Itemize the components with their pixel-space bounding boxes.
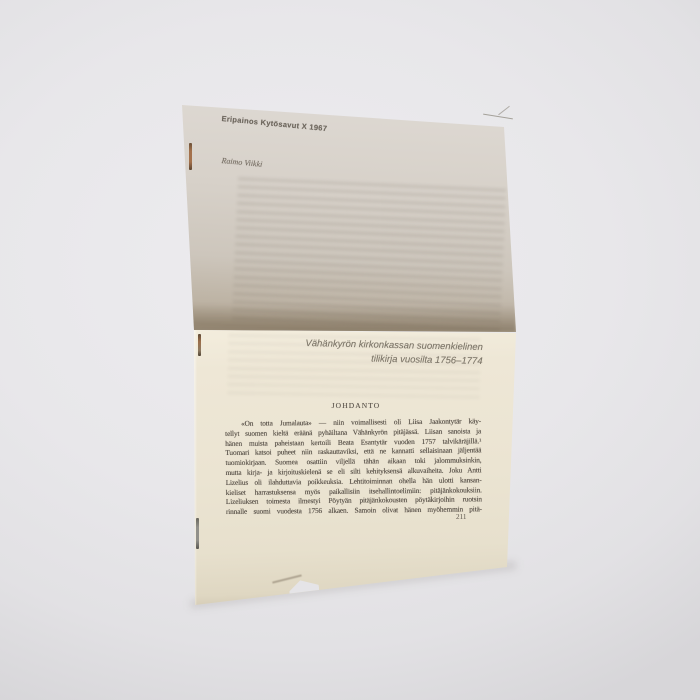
body-paragraph: «On totta Jumalauta» — niin voimallisest… — [225, 416, 482, 517]
booklet-front-page: Vähänkyrön kirkonkassan suomenkielinen t… — [194, 330, 516, 605]
staple — [196, 518, 199, 549]
body-line: rinnalle suomi vuodesta 1756 alkaen. Sam… — [226, 504, 482, 516]
page-number: 211 — [456, 513, 467, 521]
imprint-text: Eripainos Kytösavut X 1967 — [221, 114, 327, 133]
section-heading: JOHDANTO — [256, 401, 456, 410]
staple — [198, 334, 201, 356]
text-showthrough — [232, 177, 506, 333]
photo-background: Eripainos Kytösavut X 1967 Raimo Viikki … — [0, 0, 700, 700]
article-title: Vähänkyrön kirkonkassan suomenkielinen t… — [270, 336, 483, 369]
paper-tear — [272, 574, 302, 583]
paper-fiber — [498, 106, 510, 115]
staple — [189, 143, 192, 170]
booklet-back-page: Eripainos Kytösavut X 1967 Raimo Viikki — [182, 105, 516, 332]
author-name: Raimo Viikki — [221, 156, 263, 169]
